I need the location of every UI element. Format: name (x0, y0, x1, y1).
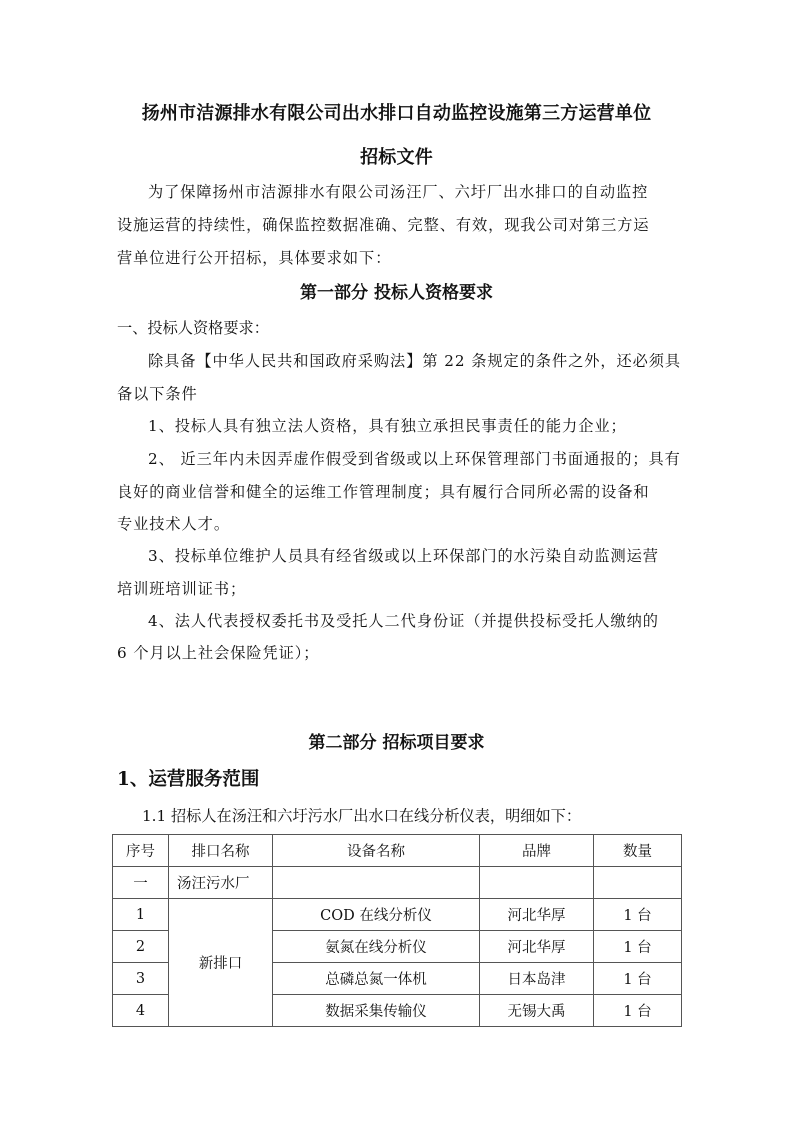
table-row: 1 新排口 COD 在线分析仪 河北华厚 1 台 (113, 899, 682, 931)
group-empty-device (273, 867, 480, 899)
table-group-row: 一 汤汪污水厂 (113, 867, 682, 899)
row-brand: 无锡大禹 (480, 995, 594, 1027)
row-brand: 河北华厚 (480, 931, 594, 963)
equipment-table: 序号 排口名称 设备名称 品牌 数量 一 汤汪污水厂 1 新排口 COD 在线分… (112, 834, 682, 1027)
row-serial: 3 (113, 963, 169, 995)
part1-preamble-1: 除具备【中华人民共和国政府采购法】第 22 条规定的条件之外，还必须具 (148, 351, 681, 371)
row-serial: 1 (113, 899, 169, 931)
part2-heading: 第二部分 招标项目要求 (0, 733, 793, 753)
part1-subheading: 一、投标人资格要求： (117, 318, 269, 338)
requirement-2-line-1: 2、 近三年内未因弄虚作假受到省级或以上环保管理部门书面通报的；具有 (148, 449, 681, 469)
group-empty-qty (594, 867, 682, 899)
requirement-1-line-1: 1、投标人具有独立法人资格，具有独立承担民事责任的能力企业； (148, 416, 627, 436)
row-quantity: 1 台 (594, 899, 682, 931)
header-outlet-name: 排口名称 (169, 835, 273, 867)
header-serial: 序号 (113, 835, 169, 867)
group-empty-brand (480, 867, 594, 899)
intro-line-3: 营单位进行公开招标，具体要求如下： (117, 248, 391, 268)
row-serial: 4 (113, 995, 169, 1027)
row-serial: 2 (113, 931, 169, 963)
row-brand: 日本岛津 (480, 963, 594, 995)
document-title-line2: 招标文件 (0, 148, 793, 168)
row-brand: 河北华厚 (480, 899, 594, 931)
row-quantity: 1 台 (594, 963, 682, 995)
part2-intro: 1.1 招标人在汤汪和六圩污水厂出水口在线分析仪表，明细如下： (142, 806, 581, 826)
row-device: 氨氮在线分析仪 (273, 931, 480, 963)
document-title-line1: 扬州市洁源排水有限公司出水排口自动监控设施第三方运营单位 (0, 104, 793, 124)
requirement-2-line-3: 专业技术人才。 (117, 514, 230, 534)
table-header-row: 序号 排口名称 设备名称 品牌 数量 (113, 835, 682, 867)
header-device-name: 设备名称 (273, 835, 480, 867)
row-device: COD 在线分析仪 (273, 899, 480, 931)
outlet-name-cell: 新排口 (169, 899, 273, 1027)
row-quantity: 1 台 (594, 931, 682, 963)
requirement-2-line-2: 良好的商业信誉和健全的运维工作管理制度；具有履行合同所必需的设备和 (117, 482, 650, 502)
intro-line-2: 设施运营的持续性，确保监控数据准确、完整、有效，现我公司对第三方运 (117, 215, 650, 235)
part1-preamble-2: 备以下条件 (117, 384, 198, 404)
row-quantity: 1 台 (594, 995, 682, 1027)
intro-line-1: 为了保障扬州市洁源排水有限公司汤汪厂、六圩厂出水排口的自动监控 (148, 182, 648, 202)
group-plant-name: 汤汪污水厂 (169, 867, 273, 899)
requirement-4-line-1: 4、法人代表授权委托书及受托人二代身份证（并提供投标受托人缴纳的 (148, 611, 659, 631)
requirement-3-line-1: 3、投标单位维护人员具有经省级或以上环保部门的水污染自动监测运营 (148, 546, 659, 566)
requirement-3-line-2: 培训班培训证书； (117, 579, 246, 599)
part2-subheading: 1、运营服务范围 (117, 770, 259, 790)
row-device: 总磷总氮一体机 (273, 963, 480, 995)
group-serial: 一 (113, 867, 169, 899)
header-quantity: 数量 (594, 835, 682, 867)
requirement-4-line-2: 6 个月以上社会保险凭证）； (117, 643, 319, 663)
header-brand: 品牌 (480, 835, 594, 867)
part1-heading: 第一部分 投标人资格要求 (0, 283, 793, 303)
row-device: 数据采集传输仪 (273, 995, 480, 1027)
